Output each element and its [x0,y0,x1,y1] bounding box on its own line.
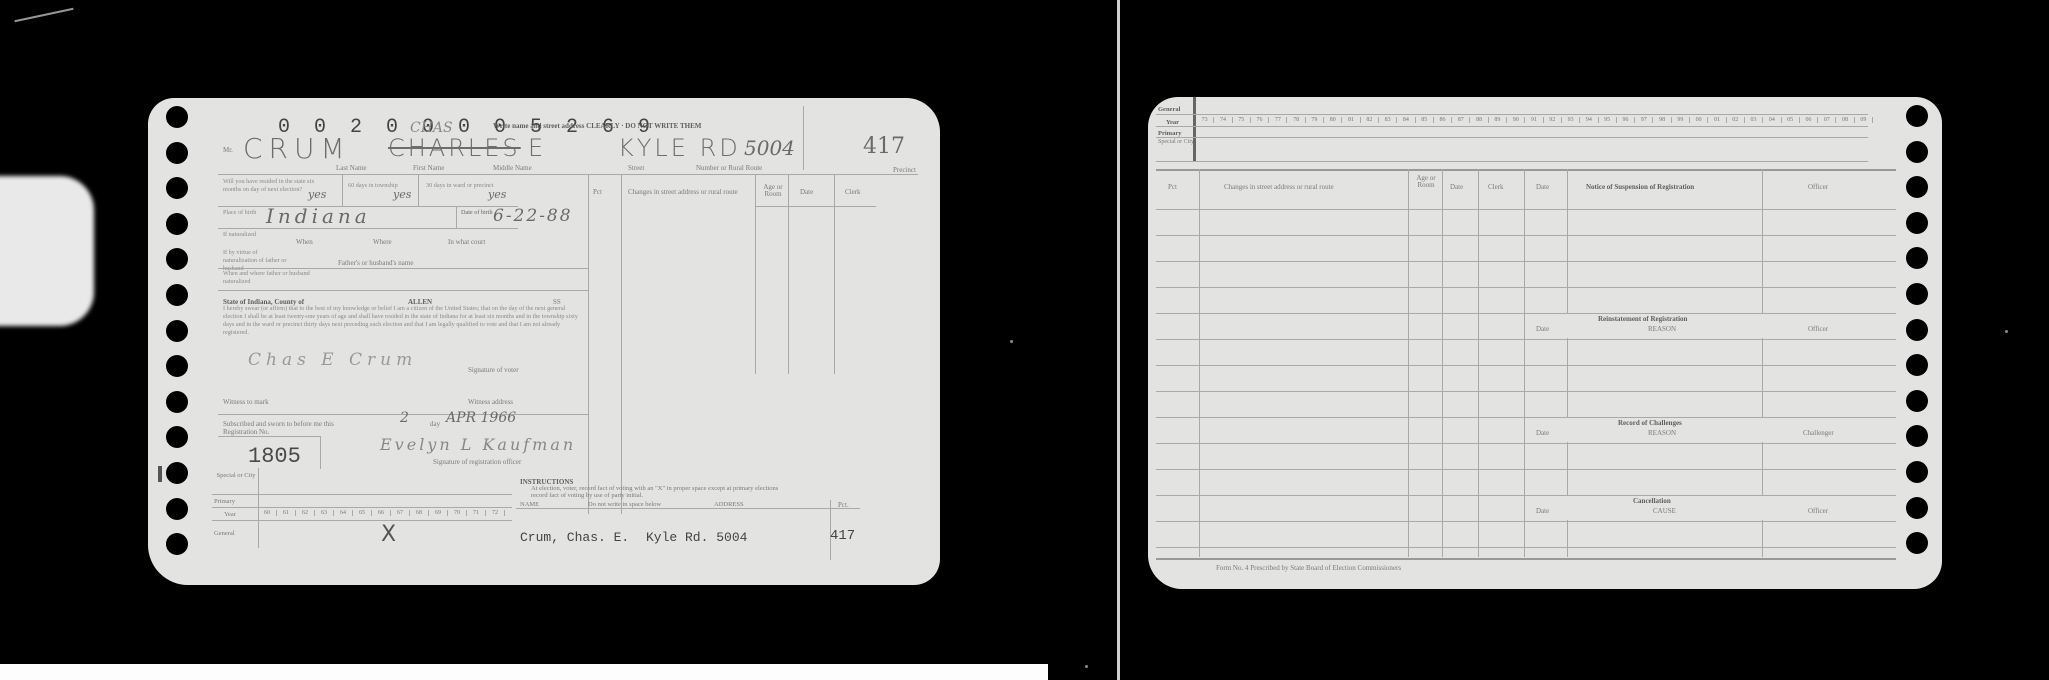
street-label: Street [628,164,644,172]
year-row-left: 60 61 62 63 64 65 66 67 68 69 70 71 72 [258,510,505,516]
film-speck [1010,340,1013,343]
last-name-value: CRUM [243,132,351,165]
officer-signature-label: Signature of registration officer [433,458,521,466]
changes-header-clerk: Clerk [1488,183,1504,191]
street-value: KYLE RD [618,134,741,162]
form-footer: Form No. 4 Prescribed by State Board of … [1216,564,1401,572]
reinstatement-title: Reinstatement of Registration [1598,315,1687,323]
reinstatement-reason-label: REASON [1648,325,1676,333]
subscribed-month-year: APR 1966 [446,410,516,426]
frame-divider [1117,0,1120,680]
challenges-challenger-label: Challenger [1803,429,1834,437]
last-name-label: Last Name [336,164,367,172]
birthplace-value: Indiana [266,204,371,228]
father-name-label: Father's or husband's name [338,259,413,267]
naturalized-when-label: When [296,238,313,246]
film-speck [2005,330,2008,333]
registration-card-front: 0 0 2 0 0 0 0 5 2 6 9 Write name and str… [148,98,940,585]
grid-row-special: Special or City [214,472,258,479]
middle-name-label: Middle Name [493,164,532,172]
precinct-value: 417 [863,134,905,159]
changes-header-clerk: Clerk [845,188,861,196]
voter-signature-label: Signature of voter [468,366,519,374]
grid-row-primary: Primary [1158,130,1181,137]
witness-label: Witness to mark [223,398,269,406]
registration-number-label: Registration No. [223,428,269,436]
subscribed-day-label: day [430,420,440,428]
street-number-value: 5004 [744,136,795,160]
grid-row-year: Year [1166,119,1179,126]
suspension-title: Notice of Suspension of Registration [1586,183,1694,191]
index-tab-mark [158,466,162,482]
typed-address: Kyle Rd. 5004 [646,530,747,545]
film-edge-bar [0,664,1048,680]
punch-holes-right [1906,105,1928,554]
precinct-label: Precinct [893,166,916,174]
typed-address-header: ADDRESS [714,501,744,508]
grid-row-primary: Primary [214,498,235,505]
cancellation-officer-label: Officer [1808,507,1828,515]
suspension-date-label: Date [1536,183,1549,191]
grid-row-general: General [1158,106,1180,113]
oath-text: I hereby swear (or affirm) that to the b… [223,305,583,337]
challenges-title: Record of Challenges [1618,419,1682,427]
do-not-write-note: Do not write in space below [588,501,661,508]
header-instruction: Write name and street address CLEARLY · … [493,122,701,130]
instructions-text-1: At election, voter, record fact of votin… [531,485,778,492]
birthdate-value: 6-22-88 [493,206,573,226]
changes-header-age: Age or Room [758,184,788,198]
changes-header-pct: Pct [1168,183,1177,191]
grid-row-special: Special or City [1158,139,1194,145]
residency-question-ward: 30 days in ward or precinct [426,182,496,190]
first-name-overwrite: CHAS [410,120,453,136]
number-label: Number or Rural Route [696,164,762,172]
grid-row-general: General [214,530,235,537]
naturalized-court-label: In what court [448,238,485,246]
changes-header-date: Date [1450,183,1463,191]
challenges-date-label: Date [1536,429,1549,437]
subscribed-label: Subscribed and sworn to before me this [223,420,334,428]
subscribed-day: 2 [400,410,409,426]
first-name-label: First Name [413,164,444,172]
naturalized-where-label: Where [373,238,392,246]
residency-answer-state: yes [308,188,326,201]
residency-answer-ward: yes [488,188,506,201]
grid-row-year: Year [224,511,236,518]
typed-name: Crum, Chas. E. [520,530,629,545]
cancellation-date-label: Date [1536,507,1549,515]
voter-signature: Chas E Crum [248,350,417,370]
cancellation-title: Cancellation [1633,497,1671,505]
changes-header-address: Changes in street address or rural route [1224,183,1334,191]
witness-address-label: Witness address [468,398,513,406]
middle-initial-value: E [528,134,543,162]
overexposed-blob [0,176,94,326]
general-vote-mark: X [381,522,396,547]
changes-header-pct: Pct [593,188,602,196]
first-name-value: CHARLES [388,134,521,162]
punch-holes-left [166,106,188,555]
typed-name-header: NAME [520,501,539,508]
reinstatement-officer-label: Officer [1808,325,1828,333]
registration-number-value: 1805 [248,444,301,469]
changes-header-age: Age or Room [1410,175,1442,189]
instructions-text-2: record fact of voting by use of party in… [531,492,643,499]
birthdate-label: Date of birth [461,209,497,217]
title-mr: Mr. [223,146,233,154]
birthplace-label: Place of birth [223,209,263,217]
father-naturalized-label: When and where father or husband natural… [223,270,313,286]
film-scratch [14,8,73,22]
cancellation-cause-label: CAUSE [1653,507,1676,515]
reinstatement-date-label: Date [1536,325,1549,333]
year-row-right: 73 74 75 76 77 78 79 80 81 82 83 84 85 8… [1196,117,1873,123]
challenges-reason-label: REASON [1648,429,1676,437]
film-speck [1085,665,1088,668]
officer-signature: Evelyn L Kaufman [380,435,576,454]
changes-header-address: Changes in street address or rural route [628,188,738,196]
typed-pct: 417 [830,528,855,544]
suspension-officer-label: Officer [1808,183,1828,191]
changes-header-date: Date [800,188,813,196]
naturalized-label: If naturalized [223,231,283,239]
registration-card-back: General Year Primary Special or City 73 … [1148,97,1942,589]
residency-answer-township: yes [393,188,411,201]
